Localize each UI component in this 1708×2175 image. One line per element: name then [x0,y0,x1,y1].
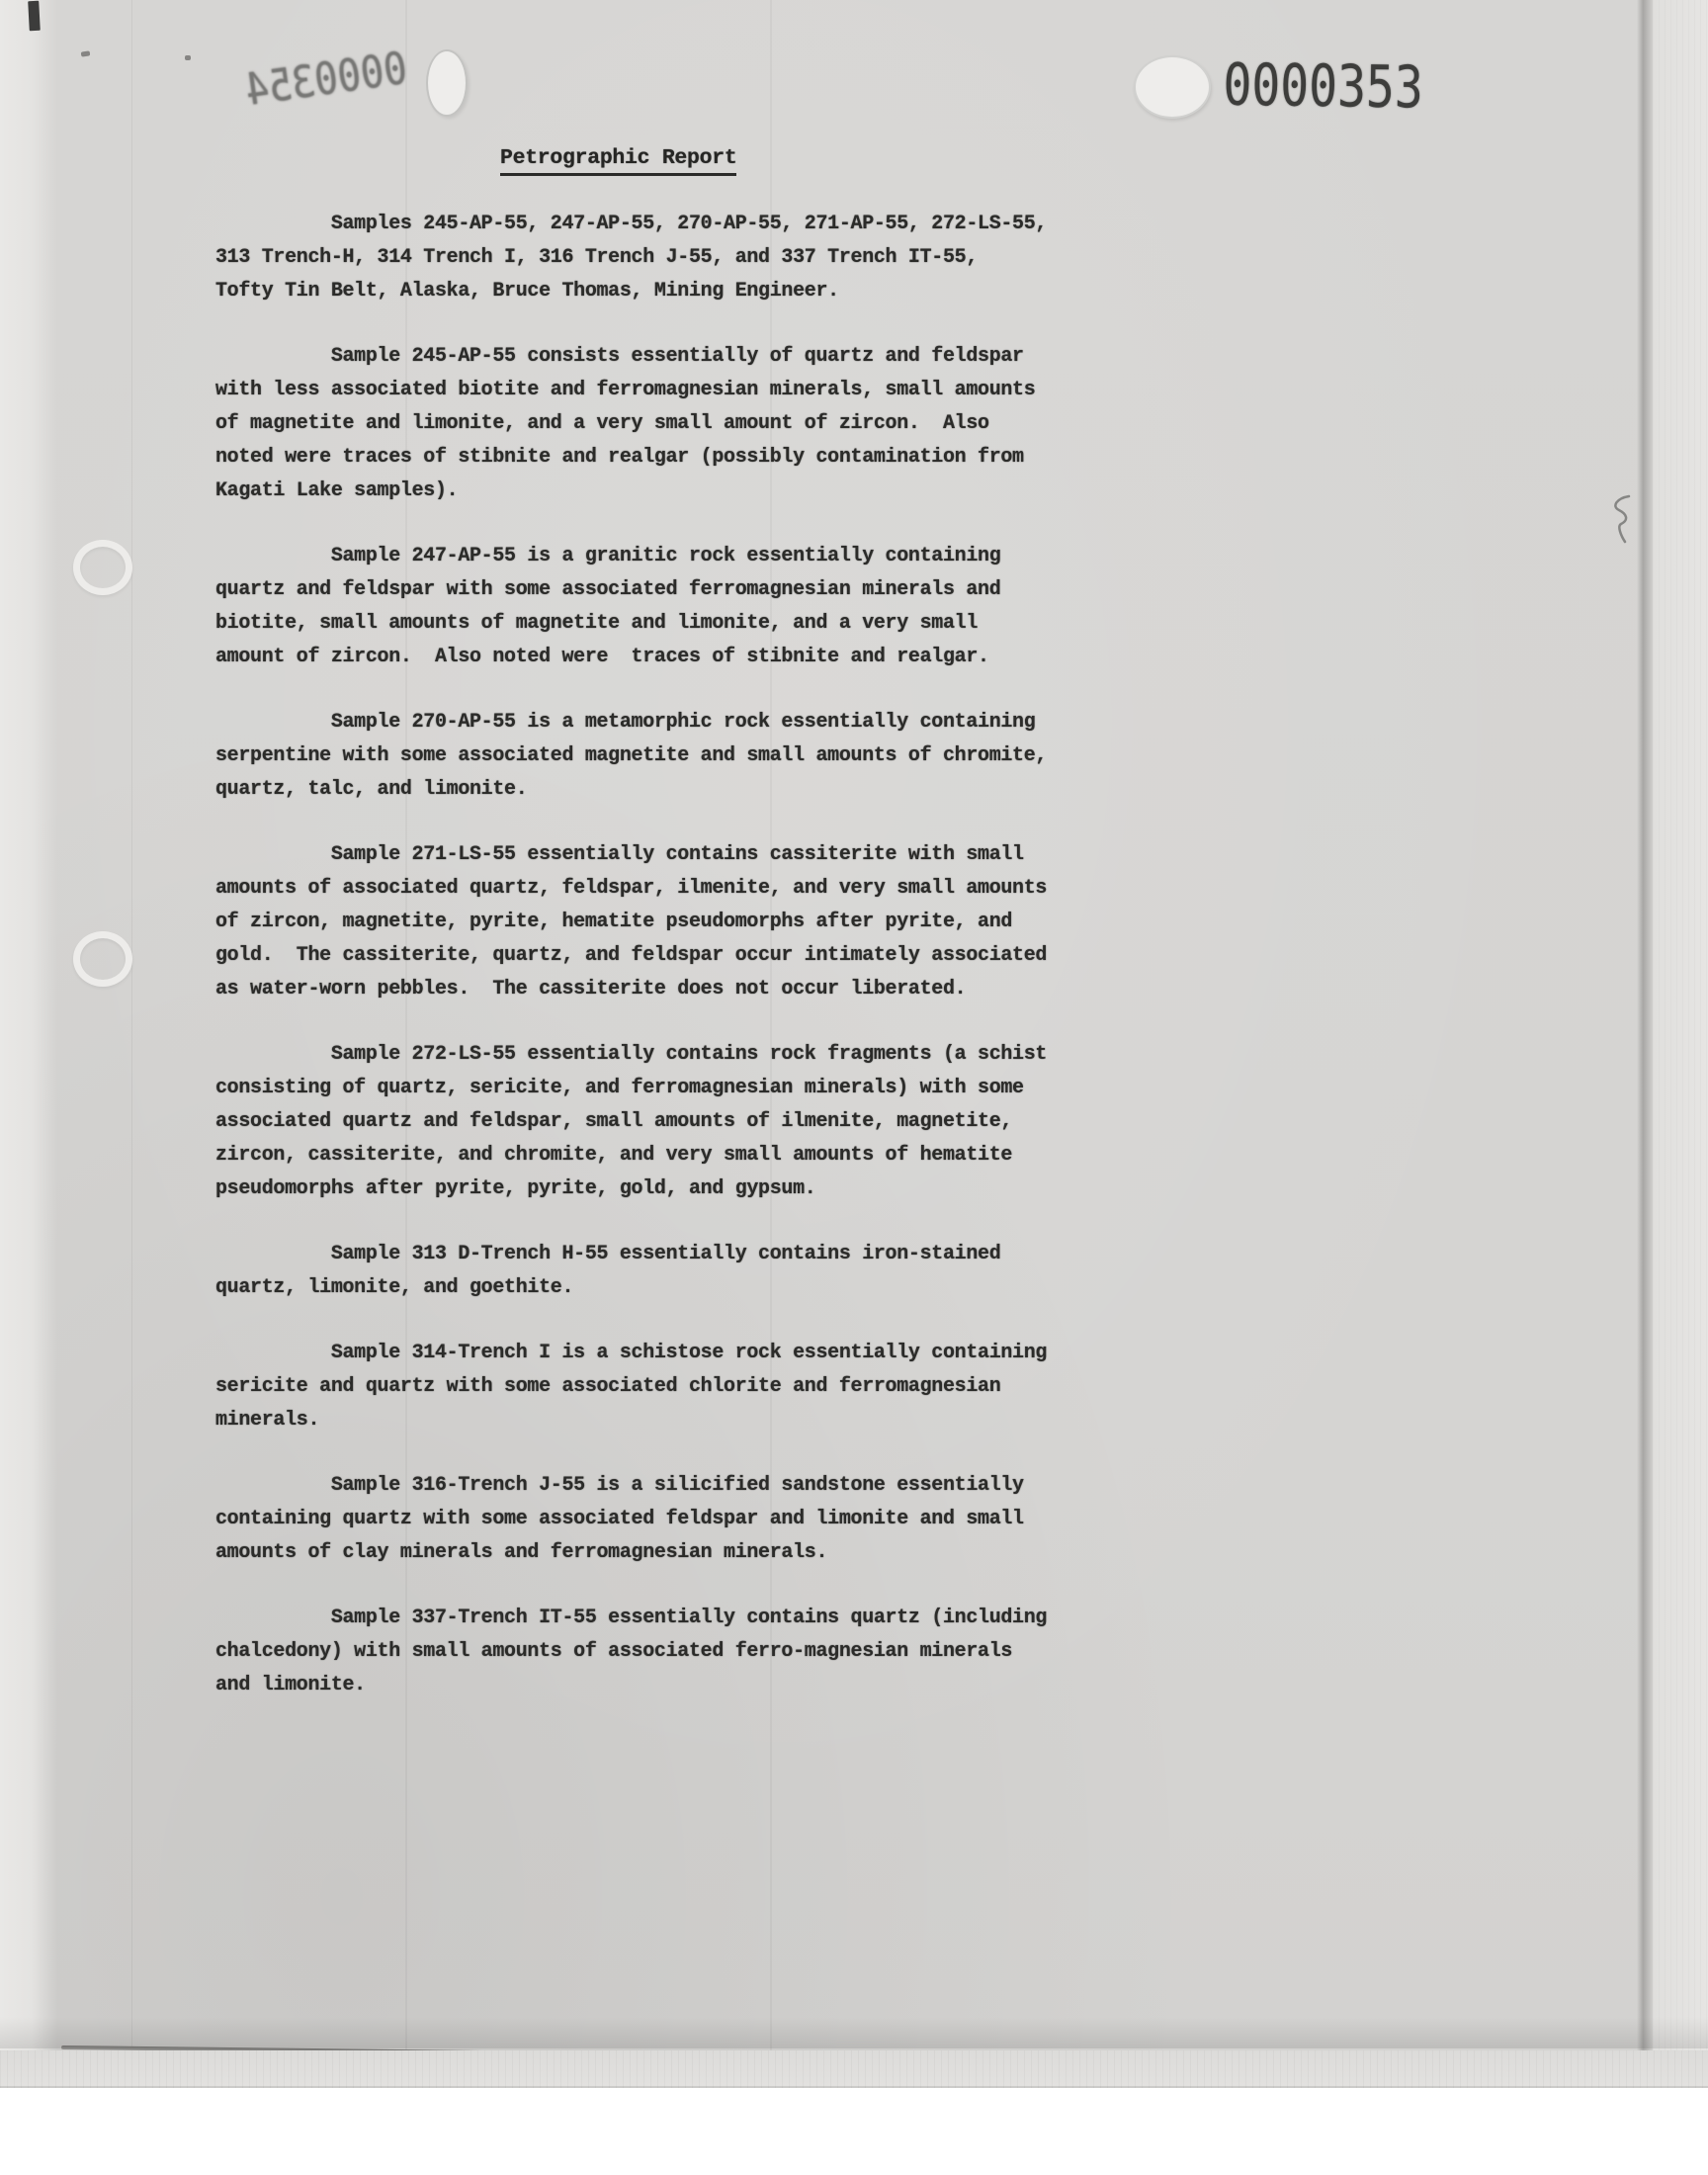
text-line: consisting of quartz, sericite, and ferr… [215,1072,1105,1105]
text-line: as water-worn pebbles. The cassiterite d… [215,973,1105,1006]
punch-hole [1134,55,1211,119]
text-line: Sample 316-Trench J-55 is a silicified s… [215,1469,1105,1503]
text-line: Kagati Lake samples). [215,475,1105,508]
report-title: Petrographic Report [500,146,736,176]
text-line: Tofty Tin Belt, Alaska, Bruce Thomas, Mi… [215,275,1105,308]
text-line: amounts of clay minerals and ferromagnes… [215,1536,1105,1570]
paragraph: Sample 272-LS-55 essentially contains ro… [215,1038,1105,1206]
text-line: minerals. [215,1404,1105,1437]
text-line: of zircon, magnetite, pyrite, hematite p… [215,906,1105,939]
text-line: associated quartz and feldspar, small am… [215,1105,1105,1139]
paragraph: Sample 271-LS-55 essentially contains ca… [215,838,1105,1006]
sheet-bottom-shadow [0,2017,1708,2048]
margin-pen-mark [1607,492,1635,546]
text-line: Sample 247-AP-55 is a granitic rock esse… [215,540,1105,573]
punch-hole-ring [73,540,132,595]
paragraph: Sample 337-Trench IT-55 essentially cont… [215,1602,1105,1702]
page-right-edge [1637,0,1653,2061]
page-number-stamp: 0000353 [1223,51,1423,122]
paragraph: Sample 245-AP-55 consists essentially of… [215,340,1105,508]
punch-hole [426,49,468,117]
paper-crease [131,0,132,2061]
paragraph: Sample 313 D-Trench H-55 essentially con… [215,1238,1105,1305]
text-line: serpentine with some associated magnetit… [215,739,1105,773]
scanner-background-right [1653,0,1708,2061]
screenshot-root: 0000354 0000353 Petrographic Report Samp… [0,0,1708,2175]
text-line: containing quartz with some associated f… [215,1503,1105,1536]
scanner-background-bottom [0,2050,1708,2088]
scanned-page: 0000354 0000353 Petrographic Report Samp… [0,0,1708,2061]
ink-speck [185,55,191,60]
ink-speck [81,50,91,56]
text-line: and limonite. [215,1669,1105,1702]
text-line: quartz, talc, and limonite. [215,773,1105,807]
text-line: amount of zircon. Also noted were traces… [215,641,1105,674]
bleedthrough-stamp-number: 0000354 [242,43,410,116]
text-line: 313 Trench-H, 314 Trench I, 316 Trench J… [215,241,1105,275]
paragraph: Sample 247-AP-55 is a granitic rock esse… [215,540,1105,674]
text-line: Sample 245-AP-55 consists essentially of… [215,340,1105,374]
text-line: Sample 314-Trench I is a schistose rock … [215,1337,1105,1370]
text-line: Sample 337-Trench IT-55 essentially cont… [215,1602,1105,1635]
text-line: Sample 271-LS-55 essentially contains ca… [215,838,1105,872]
text-line: of magnetite and limonite, and a very sm… [215,407,1105,441]
text-line: noted were traces of stibnite and realga… [215,441,1105,475]
text-line: quartz, limonite, and goethite. [215,1271,1105,1305]
document-body: Samples 245-AP-55, 247-AP-55, 270-AP-55,… [215,208,1105,1734]
text-line: quartz and feldspar with some associated… [215,573,1105,607]
text-line: Sample 272-LS-55 essentially contains ro… [215,1038,1105,1072]
text-line: chalcedony) with small amounts of associ… [215,1635,1105,1669]
paragraph: Sample 314-Trench I is a schistose rock … [215,1337,1105,1437]
text-line: Samples 245-AP-55, 247-AP-55, 270-AP-55,… [215,208,1105,241]
text-line: amounts of associated quartz, feldspar, … [215,872,1105,906]
text-line: Sample 270-AP-55 is a metamorphic rock e… [215,706,1105,739]
paragraph: Samples 245-AP-55, 247-AP-55, 270-AP-55,… [215,208,1105,308]
text-line: sericite and quartz with some associated… [215,1370,1105,1404]
paragraph: Sample 316-Trench J-55 is a silicified s… [215,1469,1105,1570]
scan-left-edge [0,0,57,2061]
punch-hole-ring [73,931,132,987]
text-line: gold. The cassiterite, quartz, and felds… [215,939,1105,973]
text-line: with less associated biotite and ferroma… [215,374,1105,407]
paragraph: Sample 270-AP-55 is a metamorphic rock e… [215,706,1105,807]
text-line: biotite, small amounts of magnetite and … [215,607,1105,641]
text-line: zircon, cassiterite, and chromite, and v… [215,1139,1105,1173]
text-line: Sample 313 D-Trench H-55 essentially con… [215,1238,1105,1271]
corner-ink-mark [28,1,41,32]
text-line: pseudomorphs after pyrite, pyrite, gold,… [215,1173,1105,1206]
